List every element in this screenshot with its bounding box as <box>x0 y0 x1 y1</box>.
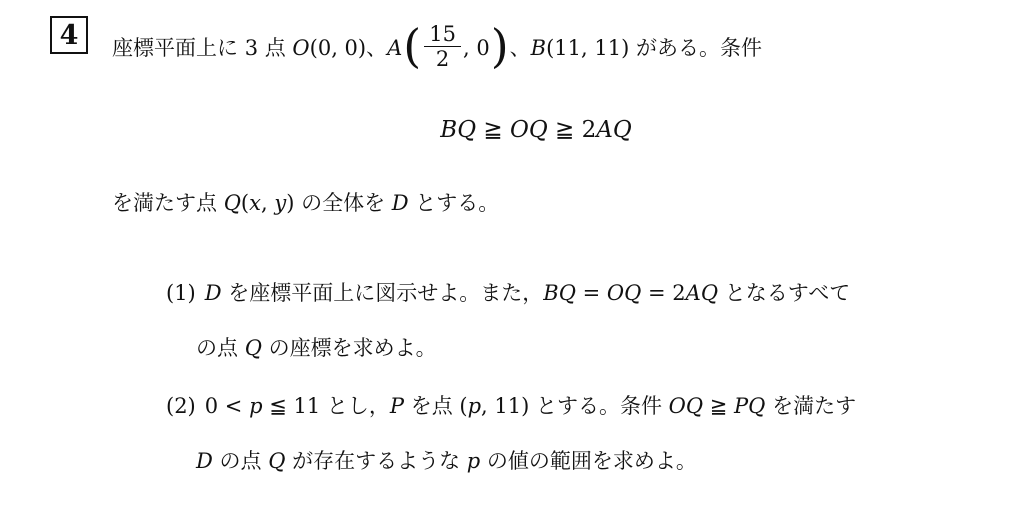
question-2-text: 0 < p ≦ 11 とし，P を点 (p, 11) とする。条件 OQ ≧ P… <box>205 394 856 418</box>
text-segment: (11, 11) <box>546 36 629 60</box>
intro-line: 座標平面上に 3 点 O(0, 0)、A(152, 0)、B(11, 11) が… <box>112 16 762 84</box>
problem-number-box: 4 <box>50 16 88 54</box>
text-segment: (0, 0) <box>310 36 366 60</box>
intro-text-after-fraction: 、B(11, 11) がある。条件 <box>510 36 762 60</box>
text-segment: = <box>641 281 672 305</box>
text-segment: D <box>196 449 213 473</box>
problem-number: 4 <box>60 22 79 49</box>
condition-equation: BQ ≧ OQ ≧ 2AQ <box>40 111 1032 149</box>
text-segment: がある。条件 <box>629 36 762 60</box>
question-1-line-1: (1)D を座標平面上に図示せよ。また，BQ = OQ = 2AQ となるすべて <box>166 276 850 310</box>
text-segment: 2 <box>582 117 597 143</box>
text-segment: とする。 <box>409 191 500 215</box>
question-1-text: D を座標平面上に図示せよ。また，BQ = OQ = 2AQ となるすべて <box>205 281 851 305</box>
text-segment: AQ <box>686 281 718 305</box>
math-problem-page: 4 座標平面上に 3 点 O(0, 0)、A(152, 0)、B(11, 11)… <box>0 0 1032 530</box>
text-segment: 点 <box>258 36 292 60</box>
coordinate-after-fraction: , 0 <box>463 36 490 60</box>
text-segment: 2 <box>672 281 685 305</box>
open-paren: ( <box>403 21 421 72</box>
text-segment: O <box>292 36 309 60</box>
text-segment: となるすべて <box>718 281 850 305</box>
text-segment: p <box>467 449 480 473</box>
text-segment: ( <box>459 394 467 418</box>
text-segment: OQ <box>669 394 703 418</box>
text-segment: を座標平面上に図示せよ。また， <box>222 281 544 305</box>
text-segment: とする。条件 <box>529 394 668 418</box>
fraction-fifteen-halves: 152 <box>422 22 463 71</box>
text-segment: A <box>387 36 402 60</box>
text-segment: Q <box>245 336 262 360</box>
text-segment: ≦ 11 <box>263 394 321 418</box>
text-segment: y <box>274 191 286 215</box>
text-segment: B <box>531 36 546 60</box>
text-segment: の点 <box>213 449 268 473</box>
question-1-line-2: の点 Q の座標を求めよ。 <box>196 331 437 365</box>
text-segment: を点 <box>404 394 459 418</box>
text-segment: BQ <box>543 281 576 305</box>
text-segment: PQ <box>734 394 765 418</box>
question-1-label: (1) <box>166 281 196 305</box>
text-segment: を満たす <box>765 394 856 418</box>
intro-text-before-fraction: 座標平面上に 3 点 O(0, 0)、A <box>112 36 402 60</box>
text-segment: Q <box>268 449 285 473</box>
text-segment: 3 <box>245 36 258 60</box>
text-segment: BQ <box>440 117 476 143</box>
text-segment: 、 <box>510 36 531 60</box>
text-segment: 0 < <box>205 394 249 418</box>
fraction-numerator: 15 <box>424 22 461 46</box>
question-2-line-2: D の点 Q が存在するような p の値の範囲を求めよ。 <box>196 444 697 478</box>
text-segment: D <box>205 281 222 305</box>
text-segment: の点 <box>196 336 245 360</box>
text-segment: OQ <box>607 281 641 305</box>
text-segment: の座標を求めよ。 <box>262 336 437 360</box>
text-segment: 、 <box>366 36 387 60</box>
text-segment: x <box>249 191 261 215</box>
fraction-denominator: 2 <box>424 46 461 71</box>
text-segment: AQ <box>596 117 631 143</box>
text-segment: ≧ <box>548 117 582 143</box>
text-segment: ≧ <box>476 117 510 143</box>
text-segment: を満たす点 <box>112 191 224 215</box>
text-segment: p <box>249 394 262 418</box>
text-segment: , 11) <box>481 394 529 418</box>
text-segment: ( <box>241 191 249 215</box>
text-segment: が存在するような <box>285 449 466 473</box>
text-segment: P <box>390 394 404 418</box>
question-2-line-1: (2)0 < p ≦ 11 とし，P を点 (p, 11) とする。条件 OQ … <box>166 389 856 423</box>
close-paren: ) <box>491 21 509 72</box>
text-segment: の全体を <box>294 191 391 215</box>
text-segment: D <box>392 191 409 215</box>
text-segment: ≧ <box>703 394 734 418</box>
text-segment: Q <box>224 191 241 215</box>
region-definition-line: を満たす点 Q(x, y) の全体を D とする。 <box>112 186 499 220</box>
text-segment: OQ <box>510 117 548 143</box>
text-segment: = <box>576 281 607 305</box>
question-2-label: (2) <box>166 394 196 418</box>
text-segment: の値の範囲を求めよ。 <box>480 449 697 473</box>
text-segment: とし， <box>320 394 390 418</box>
text-segment: p <box>468 394 481 418</box>
text-segment: , <box>261 191 274 215</box>
text-segment: 座標平面上に <box>112 36 245 60</box>
